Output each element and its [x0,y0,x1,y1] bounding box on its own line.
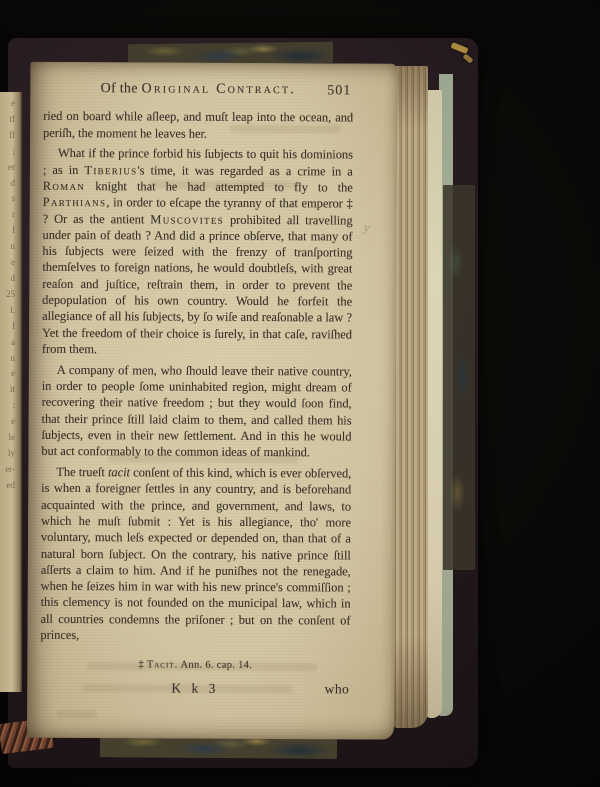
marbled-inner-cover-right [443,185,475,570]
running-header-title: Original Contract. [142,81,296,97]
page-text-block: Of the Original Contract. 501 ried on bo… [40,76,353,738]
paragraph-continuation: ried on board while aſleep, and muſt lea… [43,108,353,142]
text-block-fore-edge [393,66,428,728]
paragraph: A company of men, who ſhould leave their… [41,362,352,461]
paragraph: The trueſt tacit conſent of this kind, w… [40,464,351,645]
running-header: Of the Original Contract. 501 [43,81,353,99]
page-edge-strip [427,90,442,718]
facing-page-text-fragments: e tf ff ; er d s r f n e d 25 l. f a n e… [0,96,15,494]
running-header-prefix: Of the [101,81,142,96]
signature-mark: K k 3 [40,679,350,697]
facing-page-edge: e tf ff ; er d s r f n e d 25 l. f a n e… [0,92,22,692]
paragraph: What if the prince forbid his ſubjects t… [42,145,353,358]
book-page: y Of the Original Contract. 501 ried on … [27,62,398,740]
catchword: who [325,681,350,697]
pencil-mark: y [362,220,371,237]
photo-background: e tf ff ; er d s r f n e d 25 l. f a n e… [0,0,600,787]
page-number: 501 [327,83,351,99]
footnote: ‡ Tacit. Ann. 6. cap. 14. [40,657,350,675]
signature-row: K k 3 who [40,679,350,699]
